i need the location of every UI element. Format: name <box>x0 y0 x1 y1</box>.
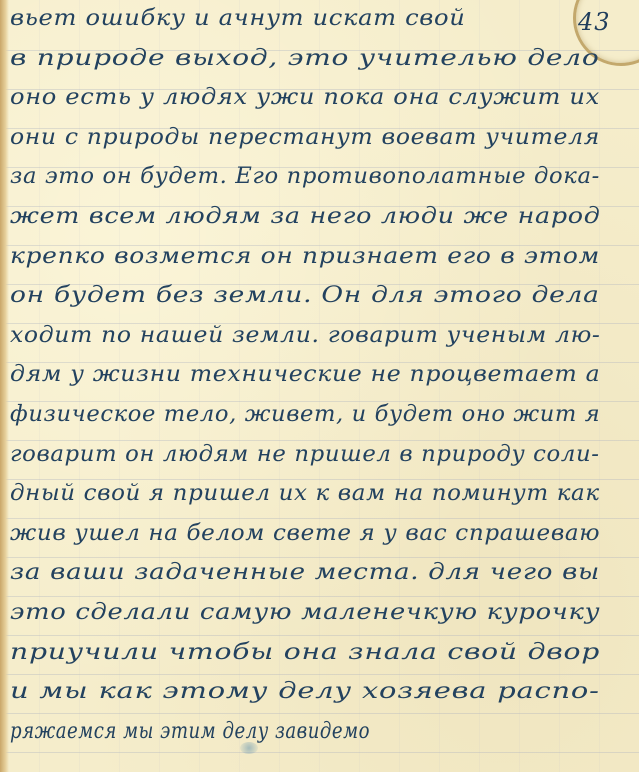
handwritten-line: за ваши задаченные места. для чего вы <box>10 560 600 585</box>
handwritten-line: он будет без земли. Он для этого дела <box>10 283 600 308</box>
handwritten-line: крепко возмется он признает его в этом <box>10 244 600 269</box>
handwritten-line: в природе выход, это учителью дело <box>10 46 599 71</box>
page-number: 43 <box>578 8 611 36</box>
handwritten-line: дный свой я пришел их к вам на поминут к… <box>10 481 600 506</box>
handwritten-line: оно есть у людях ужи пока она служит их <box>10 85 600 110</box>
handwritten-line: жет всем людям за него люди же народ <box>10 204 601 229</box>
handwritten-line: ряжаемся мы этим делу завидемо <box>10 719 370 744</box>
handwritten-line: вьет ошибку и ачнут искат свой <box>10 6 465 31</box>
handwritten-line: физическое тело, живет, и будет оно жит … <box>10 402 600 427</box>
handwritten-line: за это он будет. Его противополатные док… <box>10 164 600 189</box>
binding-edge <box>0 0 9 772</box>
handwritten-line: говарит он людям не пришел в природу сол… <box>10 442 600 467</box>
handwritten-line: жив ушел на белом свете я у вас спрашева… <box>10 521 600 546</box>
handwritten-line: они с природы перестанут воеват учителя <box>10 125 600 150</box>
handwritten-line: это сделали самую маленечкую курочку <box>10 600 600 625</box>
handwritten-line: приучили чтобы она знала свой двор <box>10 640 600 665</box>
handwritten-line: и мы как этому делу хозяева распо- <box>10 679 600 704</box>
handwritten-line: ходит по нашей земли. говарит ученым лю- <box>10 323 601 348</box>
handwritten-line: дям у жизни технические не процветает а <box>10 362 600 387</box>
notebook-page: 43 вьет ошибку и ачнут искат свойв приро… <box>0 0 639 772</box>
ink-blot <box>240 742 258 754</box>
